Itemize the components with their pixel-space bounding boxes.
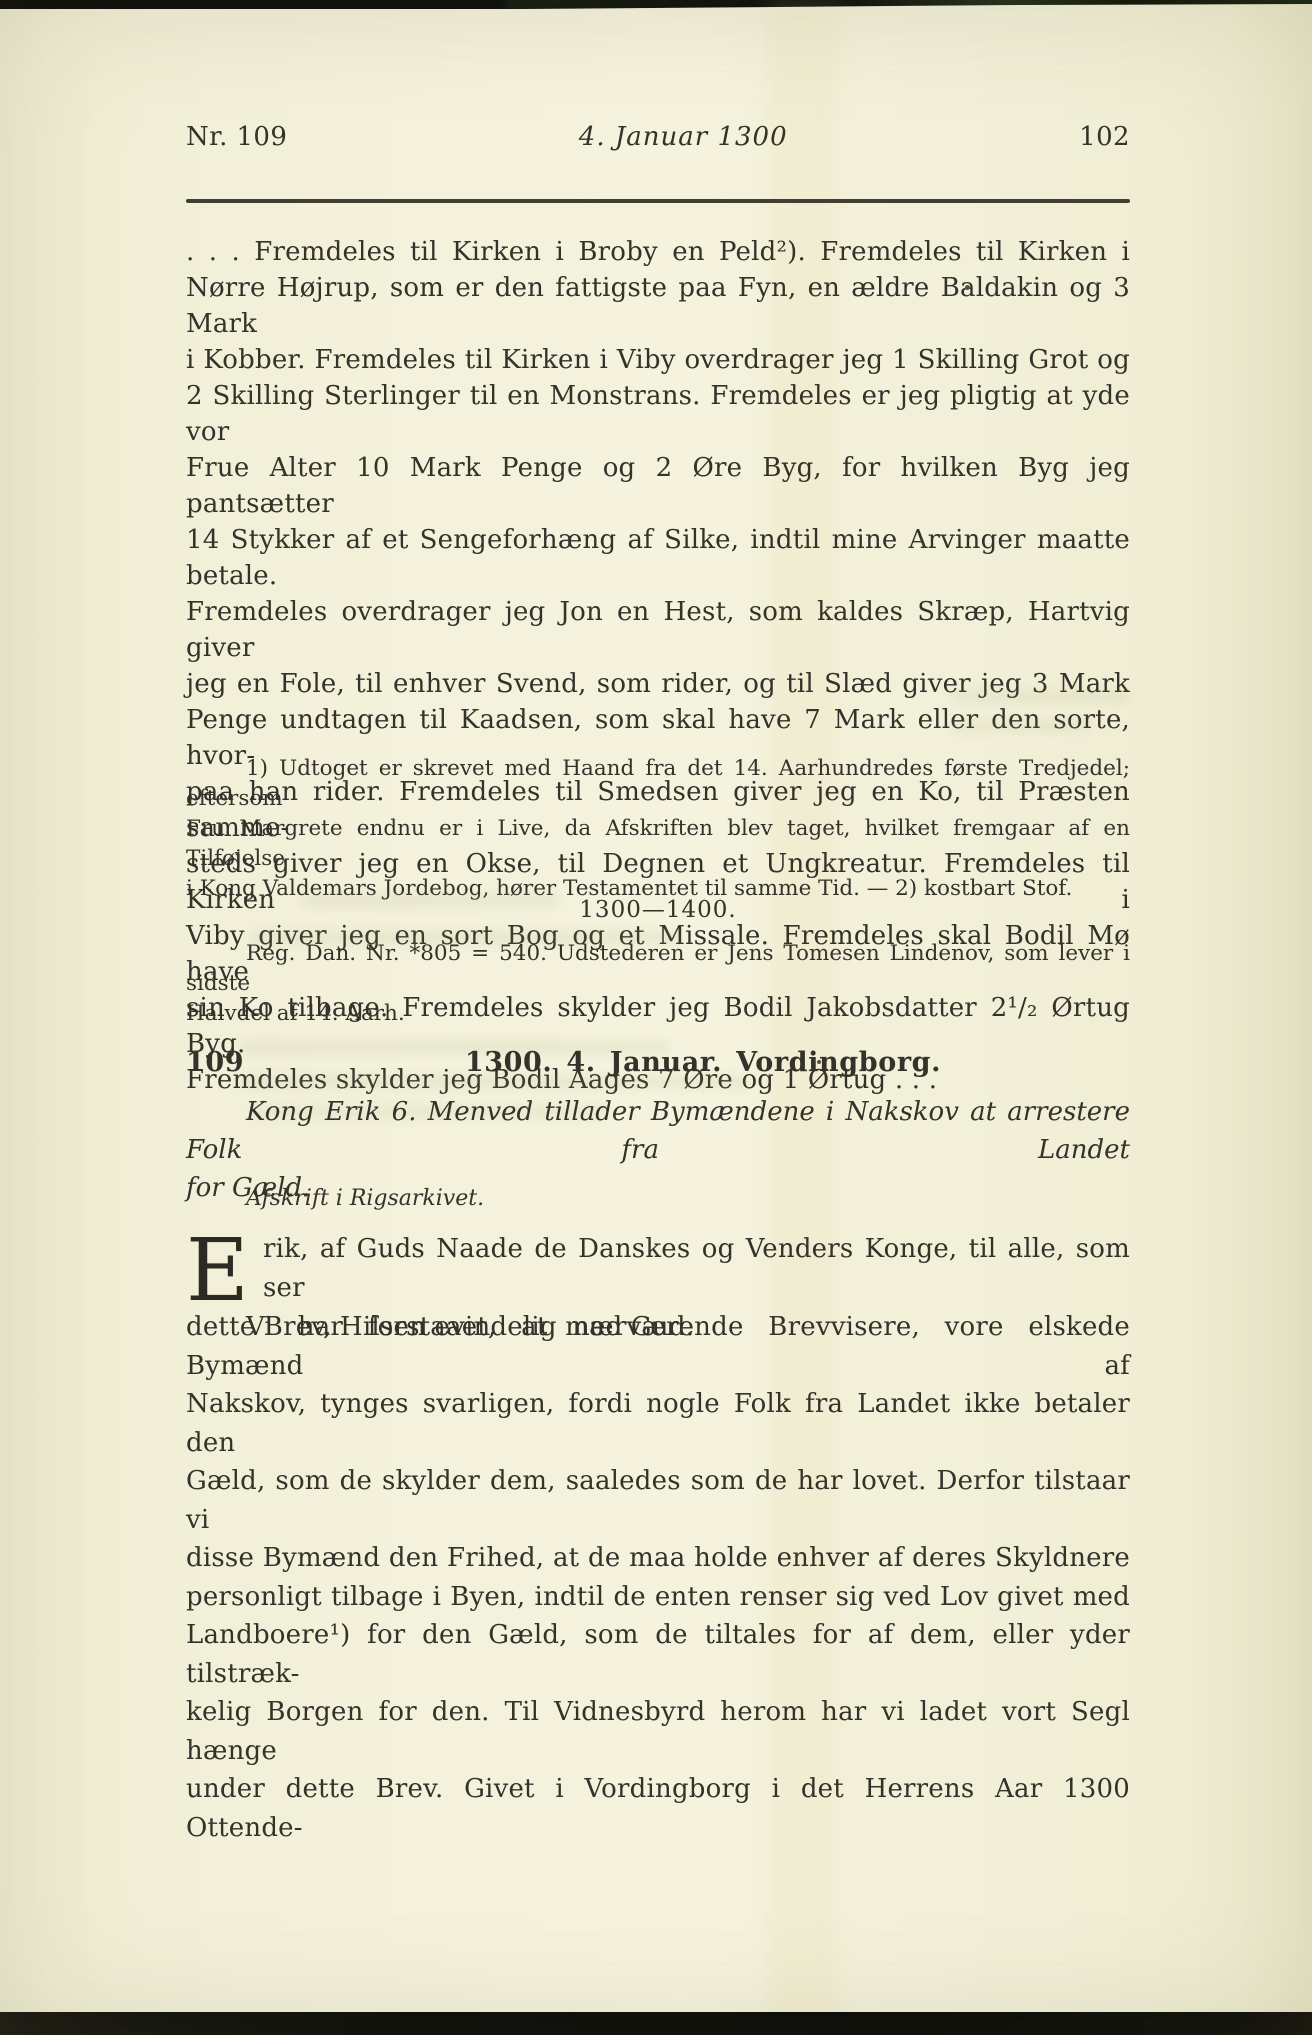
scan-top-edge [0, 0, 1312, 9]
text-line: 2 Skilling Sterlinger til en Monstrans. … [186, 378, 1130, 450]
doc-109-body-text: Vi har forstaaet, at nærværende Brevvise… [186, 1308, 1130, 1847]
text-line: jeg en Fole, til enhver Svend, som rider… [186, 666, 1130, 702]
doc-109-heading: 1300. 4. Januar. Vordingborg. [336, 1047, 1070, 1078]
doc-109-header: 109 1300. 4. Januar. Vordingborg. [186, 1047, 1130, 1078]
header-doc-number: Nr. 109 [186, 122, 287, 152]
text-line: Nørre Højrup, som er den fattigste paa F… [186, 270, 1130, 342]
scan-bottom-edge [0, 2012, 1312, 2035]
text-line: Frue Alter 10 Mark Penge og 2 Øre Byg, f… [186, 450, 1130, 522]
text-line: disse Bymænd den Frihed, at de maa holde… [186, 1539, 1130, 1578]
text-line: i Kobber. Fremdeles til Kirken i Viby ov… [186, 342, 1130, 378]
text-line: Nakskov, tynges svarligen, fordi nogle F… [186, 1385, 1130, 1462]
header-page-number: 102 [1079, 122, 1130, 152]
header-rule [186, 199, 1130, 203]
text-line: Halvdel af 14. Aarh. [186, 999, 1130, 1029]
scanned-book-page: Nr. 109 4. Januar 1300 102 . . . Fremdel… [0, 0, 1312, 2035]
page-header: Nr. 109 4. Januar 1300 102 [186, 122, 1130, 152]
text-line: Kong Erik 6. Menved tillader Bymændene i… [186, 1093, 1130, 1169]
text-line: personligt tilbage i Byen, indtil de ent… [186, 1578, 1130, 1617]
doc-109-number: 109 [186, 1047, 336, 1078]
text-line: Fru Margrete endnu er i Live, da Afskrif… [186, 814, 1130, 874]
doc-108-footnotes: 1) Udtoget er skrevet med Haand fra det … [186, 754, 1130, 904]
drop-cap-initial: E [186, 1230, 263, 1306]
text-line: under dette Brev. Givet i Vordingborg i … [186, 1770, 1130, 1847]
text-line: Vi har forstaaet, at nærværende Brevvise… [186, 1308, 1130, 1385]
regest-note: Reg. Dan. Nr. *805 = 540. Udstederen er … [186, 939, 1130, 1029]
text-line: Reg. Dan. Nr. *805 = 540. Udstederen er … [186, 939, 1130, 999]
text-line: . . . Fremdeles til Kirken i Broby en Pe… [186, 234, 1130, 270]
text-line: Landboere¹) for den Gæld, som de tiltale… [186, 1616, 1130, 1693]
doc-109-source: Afskrift i Rigsarkivet. [186, 1186, 1130, 1211]
text-line: 1) Udtoget er skrevet med Haand fra det … [186, 754, 1130, 814]
text-line: Fremdeles overdrager jeg Jon en Hest, so… [186, 594, 1130, 666]
century-heading: 1300—1400. [186, 897, 1130, 923]
text-line: rik, af Guds Naade de Danskes og Venders… [186, 1230, 1130, 1308]
text-line: 14 Stykker af et Sengeforhæng af Silke, … [186, 522, 1130, 594]
text-line: Gæld, som de skylder dem, saaledes som d… [186, 1462, 1130, 1539]
header-running-date: 4. Januar 1300 [287, 122, 1079, 152]
text-line: kelig Borgen for den. Til Vidnesbyrd her… [186, 1693, 1130, 1770]
